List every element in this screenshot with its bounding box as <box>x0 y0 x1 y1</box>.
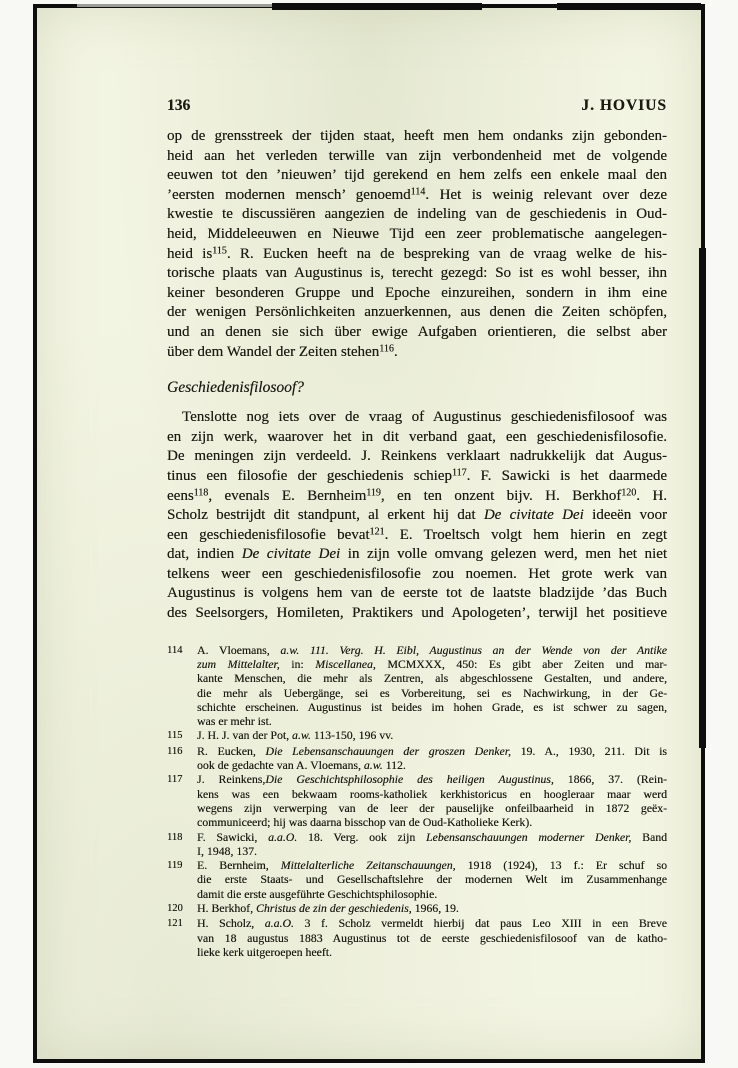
text-segment: schichte erscheinen. Augustinus ist beid… <box>197 700 667 714</box>
text-line: R. Eucken, Die Lebensanschauungen der gr… <box>197 744 667 758</box>
footnote-ref: 119 <box>366 487 381 498</box>
text-line: heid is115. R. Eucken heeft na de bespre… <box>167 245 667 265</box>
text-line: kens was een bekwaam rooms-katholiek ker… <box>197 787 667 801</box>
text-line: torische plaats van Augustinus is, terec… <box>167 264 667 284</box>
text-segment: dat, indien <box>167 546 242 562</box>
text-line: De meningen zijn verdeeld. J. Reinkens v… <box>167 447 667 467</box>
text-segment: Die Geschichtsphilosophie des heiligen A… <box>265 772 553 786</box>
footnote-ref: 117 <box>452 467 467 478</box>
text-segment: MCMXXX, 450: Es gibt aber Zeiten und mar… <box>376 657 667 671</box>
text-line: ook de gedachte van A. Vloemans, a.w. 11… <box>197 758 667 772</box>
text-segment: . H. <box>636 488 667 504</box>
text-segment: tinus een filosofie der geschiedenis sch… <box>167 468 452 484</box>
footnote: 119E. Bernheim, Mittelalterliche Zeitans… <box>167 858 667 901</box>
footnote: 118F. Sawicki, a.a.O. 18. Verg. ook zijn… <box>167 830 667 859</box>
text-line: und an denen sie sich über ewige Aufgabe… <box>167 323 667 343</box>
text-segment: 1966, 19. <box>412 901 459 915</box>
text-line: J. H. J. van der Pot, a.w. 113-150, 196 … <box>197 728 667 742</box>
text-segment: en zijn werk, waarover het in dit verban… <box>167 429 667 445</box>
text-segment: Augustinus is volgens hem van de eerste … <box>167 585 667 601</box>
text-segment: und an denen sie sich über ewige Aufgabe… <box>167 324 667 340</box>
text-segment: ’eersten modernen mensch’ genoemd <box>167 187 411 203</box>
text-line: eeuwen tot den ’nieuwen’ tijd gerekend e… <box>167 166 667 186</box>
section-heading: Geschiedenisfilosoof? <box>167 378 667 398</box>
text-segment: Scholz bestrijdt dit standpunt, al erken… <box>167 507 484 523</box>
text-segment: heid, Middeleeuwen en Nieuwe Tijd een ze… <box>167 226 667 242</box>
text-line: J. Reinkens,Die Geschichtsphilosophie de… <box>197 772 667 786</box>
text-line: schichte erscheinen. Augustinus ist beid… <box>197 700 667 714</box>
text-segment: Band <box>631 830 667 844</box>
text-segment: J. Reinkens, <box>197 772 265 786</box>
scan-border-artifact <box>557 3 701 10</box>
text-segment: . E. Troeltsch volgt hem hierin en zegt <box>385 527 667 543</box>
text-segment: ideeën voor <box>584 507 667 523</box>
text-segment: 112. <box>383 758 406 772</box>
text-segment: kwestie te discussiëren aangezien de ind… <box>167 206 667 222</box>
text-line: kwestie te discussiëren aangezien de ind… <box>167 205 667 225</box>
scan-border-artifact <box>272 3 482 10</box>
text-segment: , evenals E. Bernheim <box>208 488 366 504</box>
text-line: H. Scholz, a.a.O. 3 f. Scholz vermeldt h… <box>197 916 667 930</box>
text-segment: A. Vloemans, <box>197 643 280 657</box>
footnote-number: 119 <box>167 858 197 901</box>
text-segment: J. H. J. van der Pot, <box>197 728 292 742</box>
text-segment: I, 1948, 137. <box>197 844 257 858</box>
text-segment: 1918 (1924), 13 f.: Er schuf so <box>456 858 667 872</box>
footnote-ref: 116 <box>379 343 394 354</box>
text-line: Tenslotte nog iets over de vraag of Augu… <box>167 408 667 428</box>
text-segment: keiner besonderen Gruppe und Epoche einz… <box>167 285 667 301</box>
text-segment: in: <box>280 657 316 671</box>
text-line: kante Menschen, die mehr als Zentren, al… <box>197 671 667 685</box>
text-segment: in zijn volle omvang gelezen werd, men h… <box>340 546 667 562</box>
text-segment: Tenslotte nog iets over de vraag of Augu… <box>182 409 667 425</box>
text-line: van 18 augustus 1883 Augustinus tot de e… <box>197 931 667 945</box>
text-line: F. Sawicki, a.a.O. 18. Verg. ook zijn Le… <box>197 830 667 844</box>
text-segment: H. Berkhof, <box>197 901 256 915</box>
text-segment: torische plaats van Augustinus is, terec… <box>167 265 667 281</box>
text-segment: 18. Verg. ook zijn <box>297 830 426 844</box>
text-line: die erste Staats- und Gesellschaftslehre… <box>197 872 667 886</box>
text-segment: der wenigen Persönlichkeiten anzuerkenne… <box>167 304 667 320</box>
text-segment: 113-150, 196 vv. <box>311 728 393 742</box>
text-segment: F. Sawicki, <box>197 830 268 844</box>
text-line: en zijn werk, waarover het in dit verban… <box>167 428 667 448</box>
text-segment: heid is <box>167 246 212 262</box>
text-line: dat, indien De civitate Dei in zijn voll… <box>167 545 667 565</box>
footnote-number: 114 <box>167 643 197 729</box>
text-line: über dem Wandel der Zeiten stehen116. <box>167 343 667 363</box>
page-content: 136 J. HOVIUS op de grensstreek der tijd… <box>167 97 667 959</box>
footnote-text: J. H. J. van der Pot, a.w. 113-150, 196 … <box>197 728 667 743</box>
text-segment: De meningen zijn verdeeld. J. Reinkens v… <box>167 448 667 464</box>
footnote-ref: 118 <box>194 487 209 498</box>
text-segment: H. Scholz, <box>197 916 265 930</box>
text-line: tinus een filosofie der geschiedenis sch… <box>167 467 667 487</box>
text-line: der wenigen Persönlichkeiten anzuerkenne… <box>167 303 667 323</box>
text-segment: a.a.O. <box>265 916 294 930</box>
page-header: 136 J. HOVIUS <box>167 97 667 115</box>
text-segment: a.w. <box>292 728 311 742</box>
text-segment: De civitate Dei <box>242 546 340 562</box>
footnote: 114A. Vloemans, a.w. 111. Verg. H. Eibl,… <box>167 643 667 729</box>
footnote-number: 121 <box>167 916 197 959</box>
text-line: heid aan het verleden terwille van zijn … <box>167 147 667 167</box>
text-line: was er mehr ist. <box>197 714 667 728</box>
footnote-text: H. Berkhof, Christus de zin der geschied… <box>197 901 667 916</box>
text-line: op de grensstreek der tijden staat, heef… <box>167 127 667 147</box>
footnote-number: 117 <box>167 772 197 829</box>
footnote-ref: 115 <box>212 245 227 256</box>
text-segment: R. Eucken, <box>197 744 265 758</box>
text-segment: kens was een bekwaam rooms-katholiek ker… <box>197 787 667 801</box>
text-segment: die mehr als Uebergänge, sei es Vorberei… <box>197 686 667 700</box>
body-paragraph: Tenslotte nog iets over de vraag of Augu… <box>167 408 667 624</box>
text-line: I, 1948, 137. <box>197 844 667 858</box>
footnote-text: R. Eucken, Die Lebensanschauungen der gr… <box>197 744 667 773</box>
text-segment: über dem Wandel der Zeiten stehen <box>167 344 379 360</box>
text-segment: . R. Eucken heeft na de bespreking van d… <box>227 246 667 262</box>
footnote-number: 120 <box>167 901 197 916</box>
body-paragraph: op de grensstreek der tijden staat, heef… <box>167 127 667 362</box>
text-line: wegens zijn verwerping van de leer der p… <box>197 801 667 815</box>
text-line: Scholz bestrijdt dit standpunt, al erken… <box>167 506 667 526</box>
text-segment: Christus de zin der geschiedenis, <box>256 901 412 915</box>
text-segment: . Het is weinig relevant over deze <box>425 187 667 203</box>
text-line: E. Bernheim, Mittelalterliche Zeitanscha… <box>197 858 667 872</box>
text-segment: a.a.O. <box>268 830 297 844</box>
page-number: 136 <box>167 97 190 115</box>
text-segment: a.w. <box>364 758 383 772</box>
text-segment: ook de gedachte van A. Vloemans, <box>197 758 364 772</box>
text-segment: Lebensanschauungen moderner Denker, <box>426 830 631 844</box>
text-line: telkens weer een geschiedenisfilosofie z… <box>167 565 667 585</box>
text-segment: lieke kerk uitgeroepen heeft. <box>197 945 332 959</box>
running-head: J. HOVIUS <box>581 97 667 115</box>
scanned-book-page: 136 J. HOVIUS op de grensstreek der tijd… <box>33 4 705 1063</box>
text-segment: Miscellanea, <box>315 657 376 671</box>
text-segment: van 18 augustus 1883 Augustinus tot de e… <box>197 931 667 945</box>
text-line: H. Berkhof, Christus de zin der geschied… <box>197 901 667 915</box>
text-line: des Seelsorgers, Homileten, Praktikers u… <box>167 604 667 624</box>
text-segment: De civitate Dei <box>484 507 584 523</box>
text-segment: Die Lebensanschauungen der groszen Denke… <box>265 744 511 758</box>
footnote: 121H. Scholz, a.a.O. 3 f. Scholz vermeld… <box>167 916 667 959</box>
text-segment: E. Bernheim, <box>197 858 281 872</box>
text-segment: wegens zijn verwerping van de leer der p… <box>197 801 667 815</box>
text-segment: a.w. 111. Verg. H. Eibl, Augustinus an d… <box>280 643 667 657</box>
footnote-ref: 121 <box>370 526 385 537</box>
footnote-ref: 120 <box>621 487 636 498</box>
footnote-number: 116 <box>167 744 197 773</box>
text-segment: kante Menschen, die mehr als Zentren, al… <box>197 671 667 685</box>
text-segment: 19. A., 1930, 211. Dit is <box>511 744 667 758</box>
footnote-text: H. Scholz, a.a.O. 3 f. Scholz vermeldt h… <box>197 916 667 959</box>
text-segment: damit die erste ausgeführte Geschichtsph… <box>197 887 437 901</box>
footnote-text: F. Sawicki, a.a.O. 18. Verg. ook zijn Le… <box>197 830 667 859</box>
text-line: eens118, evenals E. Bernheim119, en ten … <box>167 487 667 507</box>
text-line: heid, Middeleeuwen en Nieuwe Tijd een ze… <box>167 225 667 245</box>
text-segment: telkens weer een geschiedenisfilosofie z… <box>167 566 667 582</box>
text-segment: was er mehr ist. <box>197 714 272 728</box>
text-segment: die erste Staats- und Gesellschaftslehre… <box>197 872 667 886</box>
text-segment: eeuwen tot den ’nieuwen’ tijd gerekend e… <box>167 167 667 183</box>
footnote-text: A. Vloemans, a.w. 111. Verg. H. Eibl, Au… <box>197 643 667 729</box>
footnote-ref: 114 <box>411 186 426 197</box>
text-segment: 1866, 37. (Rein- <box>554 772 667 786</box>
text-segment: eens <box>167 488 194 504</box>
footnote: 116R. Eucken, Die Lebensanschauungen der… <box>167 744 667 773</box>
text-segment: , en ten onzent bijv. H. Berkhof <box>381 488 621 504</box>
text-line: een geschiedenisfilosofie bevat121. E. T… <box>167 526 667 546</box>
text-line: damit die erste ausgeführte Geschichtsph… <box>197 887 667 901</box>
text-line: ’eersten modernen mensch’ genoemd114. He… <box>167 186 667 206</box>
text-line: Augustinus is volgens hem van de eerste … <box>167 584 667 604</box>
text-line: A. Vloemans, a.w. 111. Verg. H. Eibl, Au… <box>197 643 667 657</box>
footnote: 115J. H. J. van der Pot, a.w. 113-150, 1… <box>167 728 667 743</box>
text-segment: heid aan het verleden terwille van zijn … <box>167 148 667 164</box>
text-segment: des Seelsorgers, Homileten, Praktikers u… <box>167 605 667 621</box>
footnote-number: 115 <box>167 728 197 743</box>
text-line: zum Mittelalter, in: Miscellanea, MCMXXX… <box>197 657 667 671</box>
footnote-text: E. Bernheim, Mittelalterliche Zeitanscha… <box>197 858 667 901</box>
scan-border-artifact <box>699 248 706 748</box>
text-line: die mehr als Uebergänge, sei es Vorberei… <box>197 686 667 700</box>
text-segment: een geschiedenisfilosofie bevat <box>167 527 370 543</box>
text-segment: communiceerd; hij was daarna bisschop va… <box>197 815 532 829</box>
text-segment: . F. Sawicki is het daarmede <box>467 468 667 484</box>
text-line: lieke kerk uitgeroepen heeft. <box>197 945 667 959</box>
text-line: communiceerd; hij was daarna bisschop va… <box>197 815 667 829</box>
footnote-section: 114A. Vloemans, a.w. 111. Verg. H. Eibl,… <box>167 643 667 960</box>
footnote: 120H. Berkhof, Christus de zin der gesch… <box>167 901 667 916</box>
footnote-text: J. Reinkens,Die Geschichtsphilosophie de… <box>197 772 667 829</box>
text-segment: zum Mittelalter, <box>197 657 280 671</box>
footnote: 117J. Reinkens,Die Geschichtsphilosophie… <box>167 772 667 829</box>
text-segment: Mittelalterliche Zeitanschauungen, <box>281 858 456 872</box>
text-segment: op de grensstreek der tijden staat, heef… <box>167 128 667 144</box>
text-line: keiner besonderen Gruppe und Epoche einz… <box>167 284 667 304</box>
scan-border-artifact <box>77 4 277 7</box>
text-segment: . <box>394 344 398 360</box>
text-segment: 3 f. Scholz vermeldt hierbij dat paus Le… <box>294 916 667 930</box>
footnote-number: 118 <box>167 830 197 859</box>
